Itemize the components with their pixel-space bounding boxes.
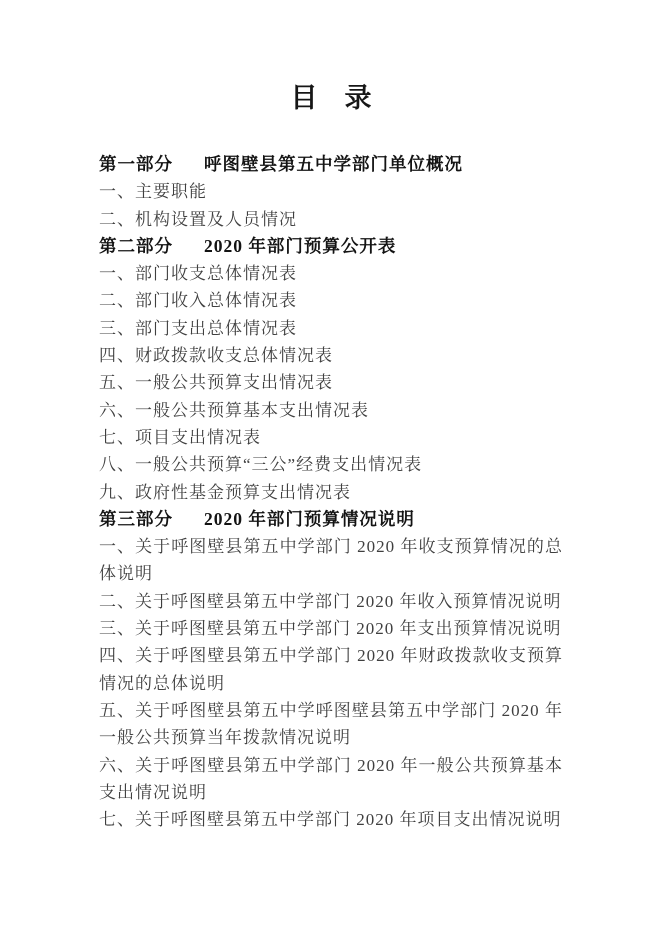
toc-entry: 二、机构设置及人员情况	[99, 206, 563, 233]
section-2-label: 第二部分	[99, 236, 204, 256]
toc-entry: 五、关于呼图壁县第五中学呼图壁县第五中学部门 2020 年一般公共预算当年拨款情…	[99, 697, 563, 752]
toc-entry: 一、部门收支总体情况表	[99, 260, 563, 287]
toc-entry: 六、关于呼图壁县第五中学部门 2020 年一般公共预算基本支出情况说明	[99, 752, 563, 807]
toc-entry: 二、部门收入总体情况表	[99, 287, 563, 314]
toc-entry: 三、部门支出总体情况表	[99, 315, 563, 342]
page-title: 目 录	[0, 76, 662, 115]
toc-entry: 八、一般公共预算“三公”经费支出情况表	[99, 451, 563, 478]
section-1-heading: 第一部分呼图壁县第五中学部门单位概况	[99, 151, 563, 178]
section-1-label: 第一部分	[99, 154, 204, 174]
table-of-contents: 第一部分呼图壁县第五中学部门单位概况 一、主要职能 二、机构设置及人员情况 第二…	[99, 151, 563, 833]
toc-entry: 六、一般公共预算基本支出情况表	[99, 397, 563, 424]
document-page: 目 录 第一部分呼图壁县第五中学部门单位概况 一、主要职能 二、机构设置及人员情…	[0, 0, 662, 936]
section-2-heading: 第二部分2020 年部门预算公开表	[99, 233, 563, 260]
section-3-label: 第三部分	[99, 509, 204, 529]
section-1-title: 呼图壁县第五中学部门单位概况	[204, 154, 463, 174]
toc-entry: 一、关于呼图壁县第五中学部门 2020 年收支预算情况的总体说明	[99, 533, 563, 588]
section-3-title: 2020 年部门预算情况说明	[204, 509, 415, 529]
toc-entry: 四、财政拨款收支总体情况表	[99, 342, 563, 369]
toc-entry: 三、关于呼图壁县第五中学部门 2020 年支出预算情况说明	[99, 615, 563, 642]
toc-entry: 四、关于呼图壁县第五中学部门 2020 年财政拨款收支预算情况的总体说明	[99, 642, 563, 697]
toc-entry: 七、关于呼图壁县第五中学部门 2020 年项目支出情况说明	[99, 806, 563, 833]
toc-entry: 七、项目支出情况表	[99, 424, 563, 451]
toc-entry: 五、一般公共预算支出情况表	[99, 369, 563, 396]
toc-entry: 二、关于呼图壁县第五中学部门 2020 年收入预算情况说明	[99, 588, 563, 615]
toc-entry: 九、政府性基金预算支出情况表	[99, 479, 563, 506]
section-3-heading: 第三部分2020 年部门预算情况说明	[99, 506, 563, 533]
section-2-title: 2020 年部门预算公开表	[204, 236, 396, 256]
toc-entry: 一、主要职能	[99, 178, 563, 205]
